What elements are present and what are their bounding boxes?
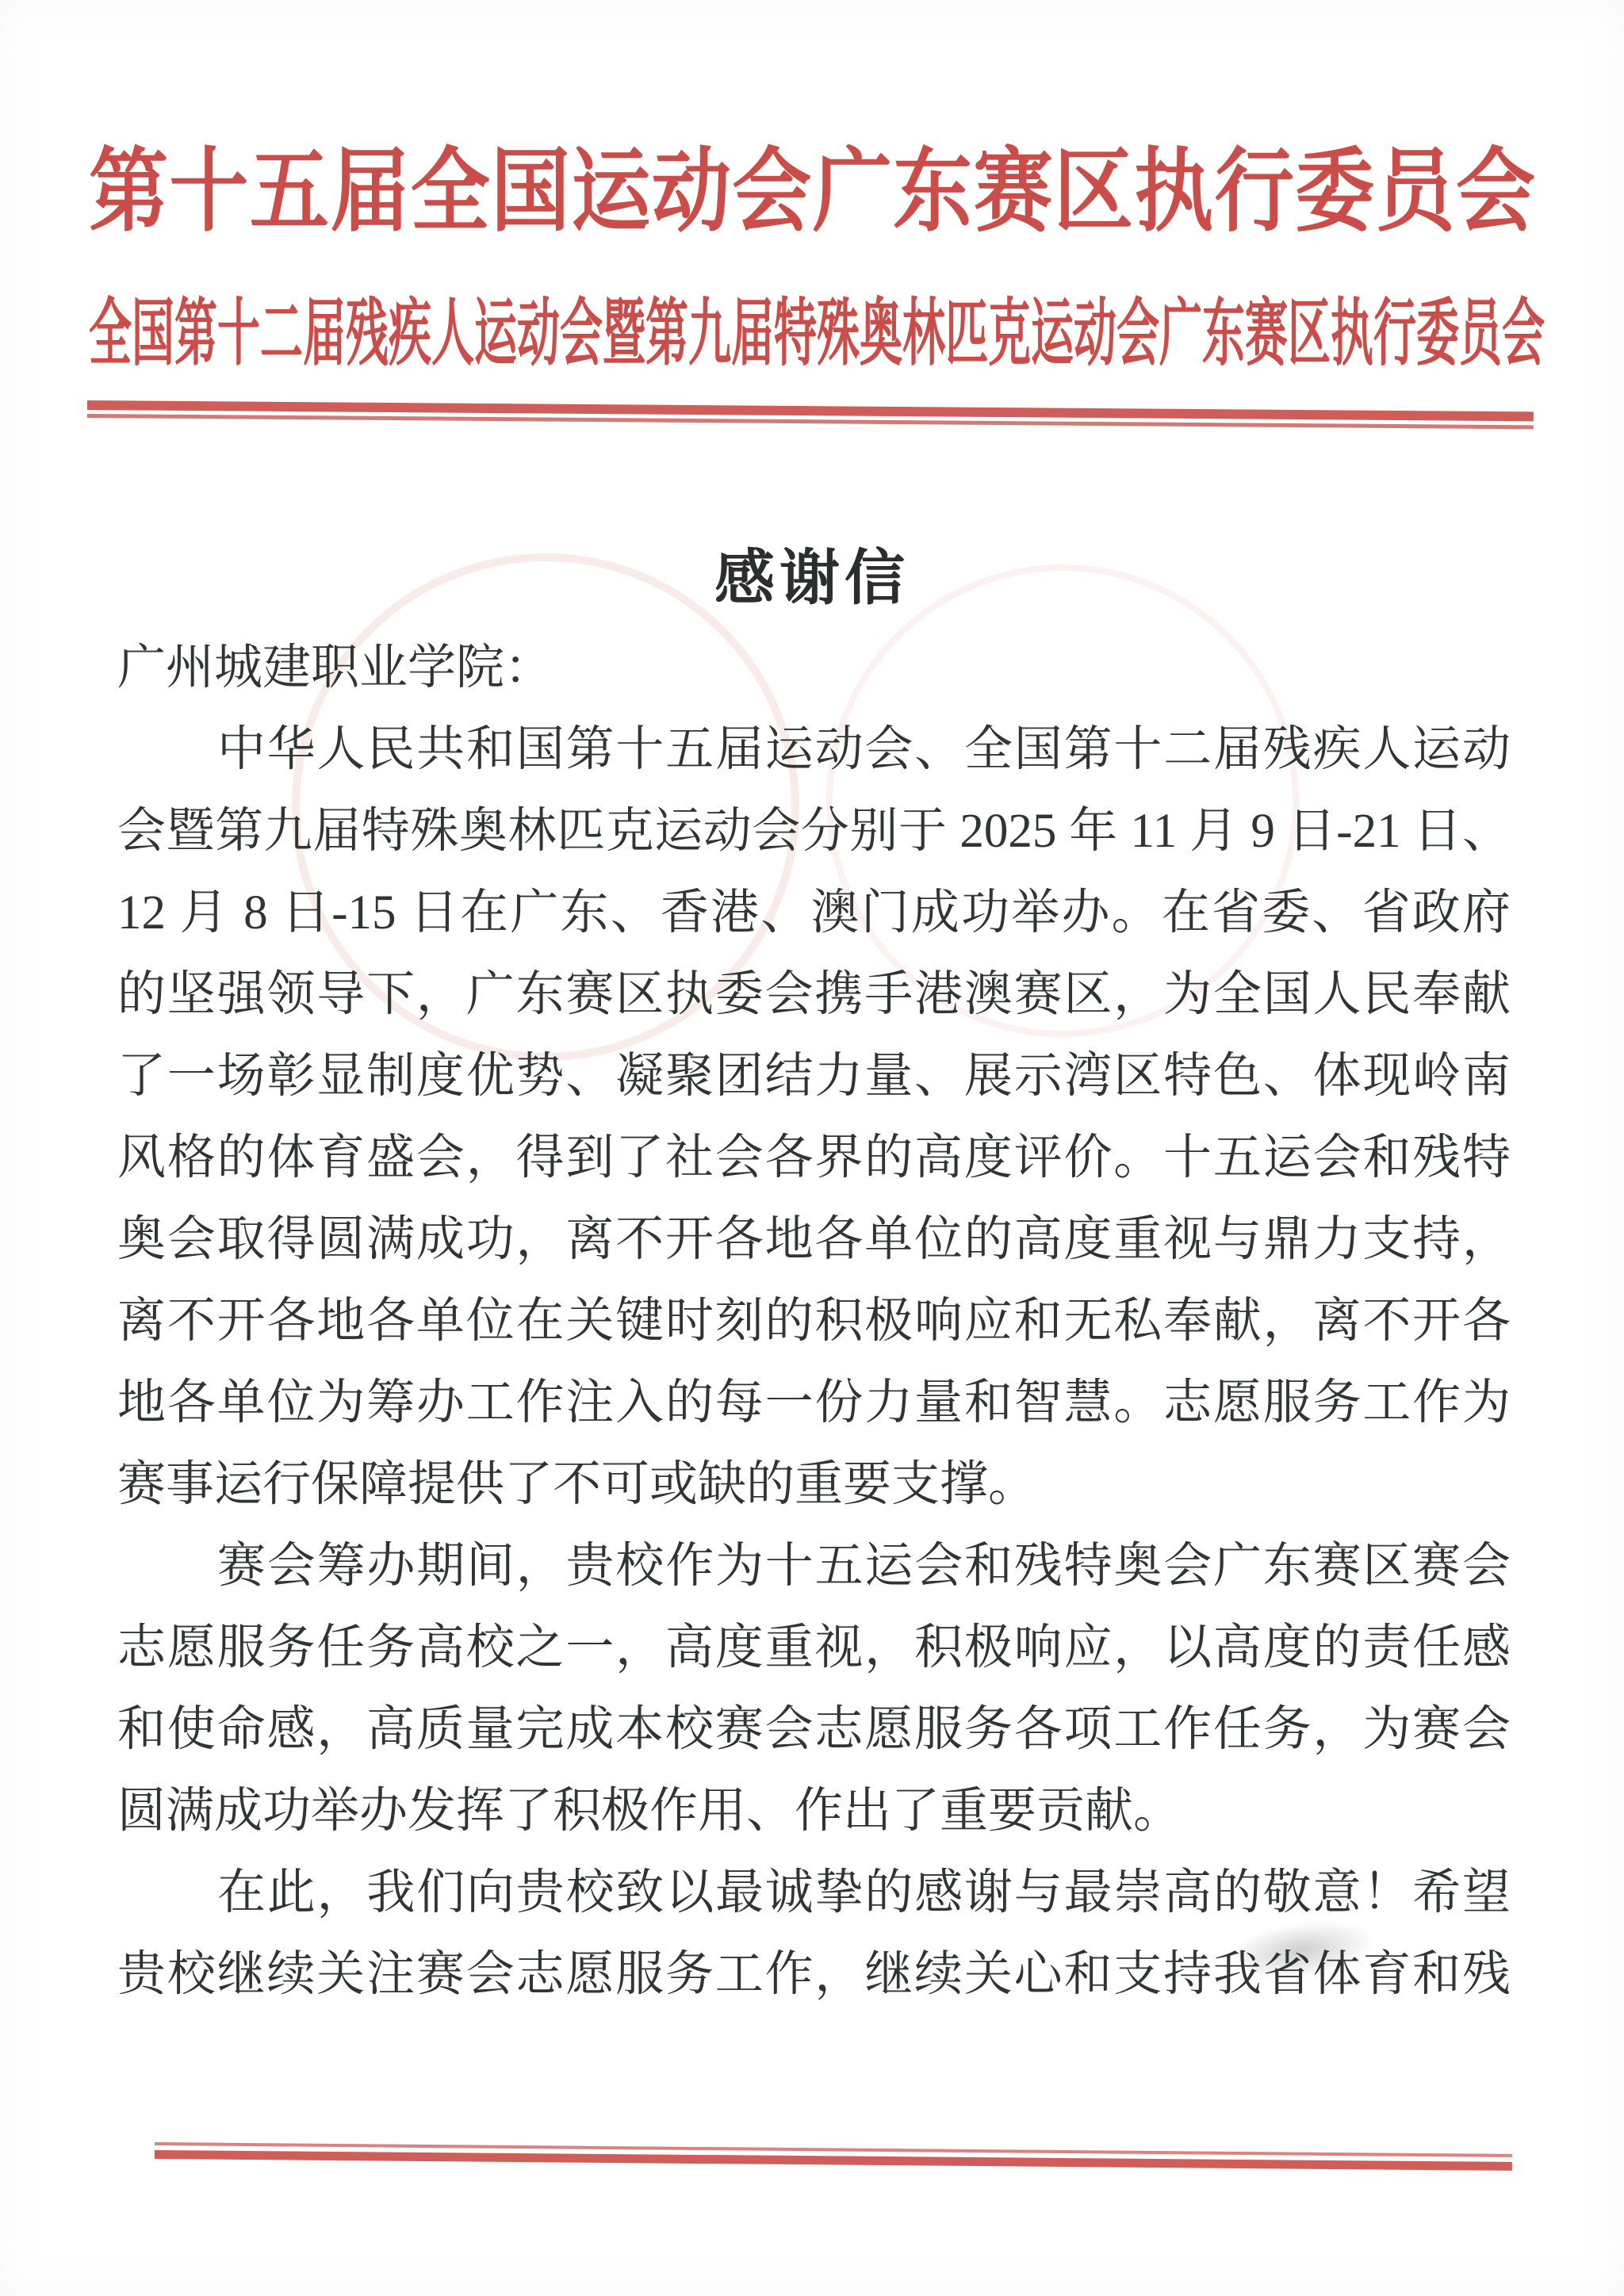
body-line: 中华人民共和国第十五届运动会、全国第十二届残疾人运动: [117, 709, 1511, 790]
letter-page: 第十五届全国运动会广东赛区执行委员会 全国第十二届残疾人运动会暨第九届特殊奥林匹…: [0, 0, 1624, 2296]
salutation: 广州城建职业学院：: [117, 627, 1511, 709]
body-line: 赛会筹办期间，贵校作为十五运会和残特奥会广东赛区赛会: [117, 1525, 1511, 1607]
body-line: 12 月 8 日-15 日在广东、香港、澳门成功举办。在省委、省政府: [117, 872, 1511, 954]
letterhead-line-2: 全国第十二届残疾人运动会暨第九届特殊奥林匹克运动会广东赛区执行委员会: [89, 279, 1535, 388]
letter-body: 广州城建职业学院： 中华人民共和国第十五届运动会、全国第十二届残疾人运动 会暨第…: [117, 627, 1511, 2015]
footer-rule: [155, 2142, 1512, 2171]
body-line: 志愿服务任务高校之一，高度重视，积极响应，以高度的责任感: [117, 1607, 1511, 1689]
body-line: 圆满成功举办发挥了积极作用、作出了重要贡献。: [117, 1770, 1511, 1852]
body-line: 会暨第九届特殊奥林匹克运动会分别于 2025 年 11 月 9 日-21 日、: [117, 790, 1511, 872]
body-line: 了一场彰显制度优势、凝聚团结力量、展示湾区特色、体现岭南: [117, 1035, 1511, 1117]
body-line: 贵校继续关注赛会志愿服务工作，继续关心和支持我省体育和残: [117, 1934, 1511, 2015]
body-line: 风格的体育盛会，得到了社会各界的高度评价。十五运会和残特: [117, 1117, 1511, 1199]
body-line: 地各单位为筹办工作注入的每一份力量和智慧。志愿服务工作为: [117, 1362, 1511, 1444]
letterhead-line-1: 第十五届全国运动会广东赛区执行委员会: [89, 133, 1535, 252]
body-line: 离不开各地各单位在关键时刻的积极响应和无私奉献，离不开各: [117, 1280, 1511, 1362]
body-line: 的坚强领导下，广东赛区执委会携手港澳赛区，为全国人民奉献: [117, 954, 1511, 1035]
body-line: 奥会取得圆满成功，离不开各地各单位的高度重视与鼎力支持，: [117, 1199, 1511, 1280]
body-line: 和使命感，高质量完成本校赛会志愿服务各项工作任务，为赛会: [117, 1689, 1511, 1770]
body-line: 在此，我们向贵校致以最诚挚的感谢与最崇高的敬意！希望: [117, 1852, 1511, 1934]
letter-title: 感谢信: [0, 530, 1624, 616]
body-line: 赛事运行保障提供了不可或缺的重要支撑。: [117, 1444, 1511, 1525]
header-rule: [87, 400, 1534, 429]
